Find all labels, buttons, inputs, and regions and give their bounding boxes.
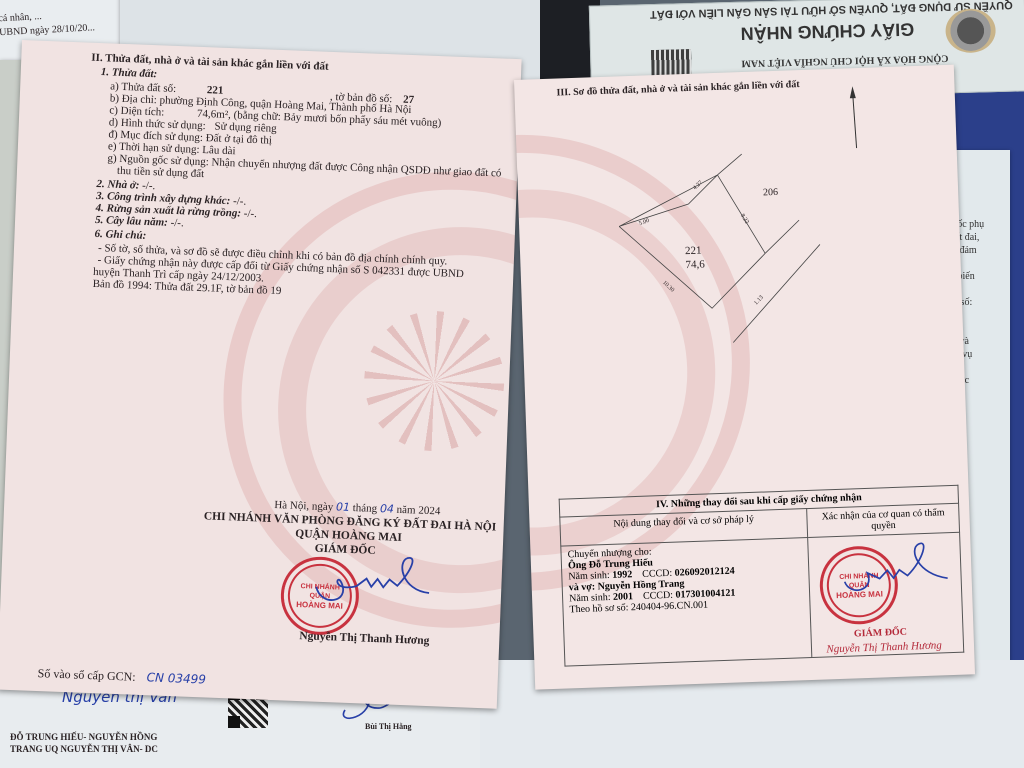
plot-diagram [514,65,965,410]
changes-confirmation: CHI NHÁNH QUẬN HOÀNG MAI GIÁM ĐỐC Nguyễn… [808,532,964,657]
signature-icon [839,538,951,602]
confirm-signer: Nguyễn Thị Thanh Hương [826,639,942,655]
plot-area: 74,6 [685,257,705,272]
bottom-caption-2: TRANG UQ NGUYỄN THỊ VÂN- DC [10,742,158,756]
land-certificate: II. Thửa đất, nhà ở và tài sản khác gắn … [22,40,982,705]
certificate-left-page: II. Thửa đất, nhà ở và tài sản khác gắn … [0,40,522,709]
certificate-right-page: III. Sơ đồ thửa đất, nhà ở và tài sản kh… [514,65,975,690]
signer-name: Nguyễn Thị Thanh Hương [299,629,430,648]
changes-entry: Chuyển nhượng cho: Ông Đỗ Trung Hiếu Năm… [561,538,812,667]
changes-table: IV. Những thay đổi sau khi cấp giấy chứn… [559,485,965,667]
registry-number: Số vào sổ cấp GCN: CN 03499 [37,666,206,686]
confirm-position: GIÁM ĐỐC [854,627,907,640]
plot-parcel-id: 221 [685,244,702,259]
plot-neighbor-id: 206 [763,186,778,201]
land-heading: 1. Thửa đất: [101,65,158,81]
signature-icon [310,547,433,622]
north-arrow-icon [853,93,857,148]
bottom-signer-caption: Bùi Thị Hằng [365,720,412,734]
